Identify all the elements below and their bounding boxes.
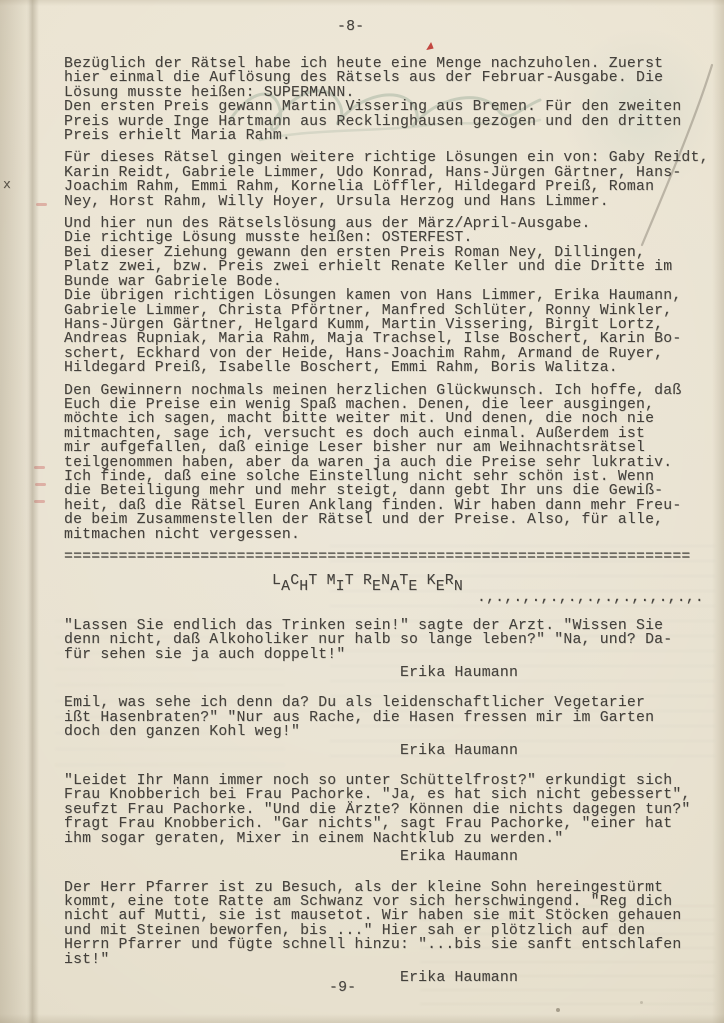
section-divider: ========================================… <box>64 550 720 564</box>
joke-text: "Lassen Sie endlich das Trinken sein!" s… <box>64 619 720 662</box>
joke-attribution: Erika Haumann <box>64 666 720 680</box>
scan-speck <box>640 1001 643 1004</box>
joke-vegetarian-hare: Emil, was sehe ich denn da? Du als leide… <box>64 696 720 758</box>
joke-attribution: Erika Haumann <box>64 971 720 985</box>
scan-edge-shadow-top <box>0 0 724 6</box>
joke-text: "Leidet Ihr Mann immer noch so unter Sch… <box>64 774 720 846</box>
paragraph-march-april-riddle-solution: Und hier nun des Rätselslösung aus der M… <box>64 217 720 375</box>
joke-attribution: Erika Haumann <box>64 850 720 864</box>
joke-text: Emil, was sehe ich denn da? Du als leide… <box>64 696 720 739</box>
jokes-heading-underline: .,.,.,.,.,.,.,.,.,.,.,.,. <box>477 593 720 603</box>
scan-edge-shadow-right <box>712 0 724 1023</box>
paragraph-further-correct-solutions: Für dieses Rätsel gingen weitere richtig… <box>64 151 720 209</box>
scan-speck <box>556 1008 560 1012</box>
red-ink-speck <box>426 41 435 51</box>
joke-doctor-alcoholic: "Lassen Sie endlich das Trinken sein!" s… <box>64 619 720 681</box>
paragraph-february-riddle-solution: Bezüglich der Rätsel habe ich heute eine… <box>64 57 720 143</box>
joke-attribution: Erika Haumann <box>64 744 720 758</box>
joke-text: Der Herr Pfarrer ist zu Besuch, als der … <box>64 881 720 967</box>
paragraph-congratulations-appeal: Den Gewinnern nochmals meinen herzlichen… <box>64 384 720 542</box>
joke-pfarrer-ratte: Der Herr Pfarrer ist zu Besuch, als der … <box>64 881 720 986</box>
scan-edge-shadow-left <box>0 0 28 1023</box>
page-number-top: -8- <box>337 20 364 34</box>
scanned-page: -8- x -9- Bezüglich der Rätsel habe ich … <box>0 0 724 1023</box>
scan-edge-shadow-bottom <box>0 1014 724 1023</box>
joke-schuettelfrost-mixer: "Leidet Ihr Mann immer noch so unter Sch… <box>64 774 720 864</box>
paper-crease <box>27 0 39 1023</box>
